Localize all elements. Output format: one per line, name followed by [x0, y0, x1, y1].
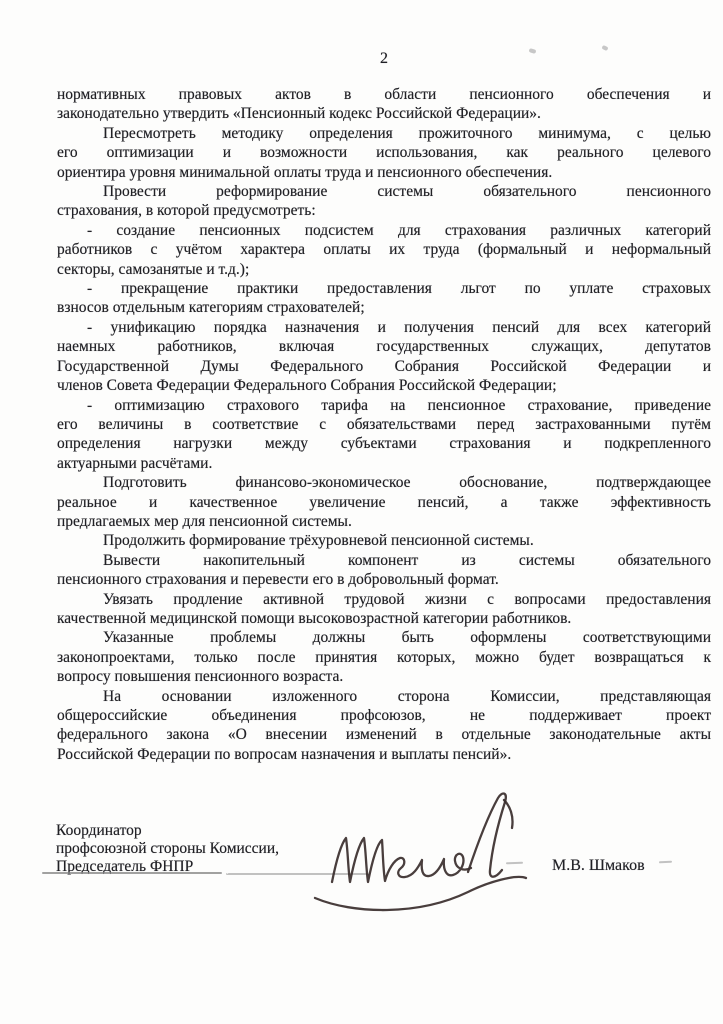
text-line: Указанные проблемы должны быть оформлены… [57, 628, 711, 647]
paragraph: Продолжить формирование трёхуровневой пе… [57, 531, 711, 550]
paragraph: Увязать продление активной трудовой жизн… [57, 590, 711, 629]
text-line: секторы, самозанятые и т.д.); [57, 260, 711, 279]
text-line: - прекращение практики предоставления ль… [57, 279, 711, 298]
paragraph: - унификацию порядка назначения и получе… [57, 318, 711, 396]
text-line: наемных работников, включая государствен… [57, 337, 711, 356]
paragraph: - оптимизацию страхового тарифа на пенси… [57, 396, 711, 474]
text-line: реальное и качественное увеличение пенси… [57, 493, 711, 512]
text-line: Российской Федерации по вопросам назначе… [57, 745, 711, 764]
signer-name: М.В. Шмаков [552, 857, 645, 875]
handwritten-signature [308, 786, 533, 918]
scan-dash-mark [659, 861, 672, 864]
text-line: - оптимизацию страхового тарифа на пенси… [57, 396, 711, 415]
text-line: На основании изложенного сторона Комисси… [57, 687, 711, 706]
text-line: общероссийские объединения профсоюзов, н… [57, 706, 711, 725]
paragraph: Указанные проблемы должны быть оформлены… [57, 628, 711, 686]
paragraph: Пересмотреть методику определения прожит… [57, 124, 711, 182]
text-line: взносов отдельным категориям страховател… [57, 298, 711, 317]
paragraph: Вывести накопительный компонент из систе… [57, 551, 711, 590]
text-line: качественной медицинской помощи высоково… [57, 609, 711, 628]
text-line: Провести реформирование системы обязател… [57, 182, 711, 201]
text-line: пенсионного страхования и перевести его … [57, 570, 711, 589]
paragraph: Подготовить финансово-экономическое обос… [57, 473, 711, 531]
text-line: Вывести накопительный компонент из систе… [57, 551, 711, 570]
signer-title-line-1: Координатор [56, 822, 336, 840]
paragraph: Провести реформирование системы обязател… [57, 182, 711, 221]
text-line: работников с учётом характера оплаты их … [57, 240, 711, 259]
text-line: нормативных правовых актов в области пен… [57, 85, 711, 104]
document-page: 2 нормативных правовых актов в области п… [0, 0, 723, 1024]
page-number: 2 [57, 50, 711, 68]
paragraph: На основании изложенного сторона Комисси… [57, 687, 711, 765]
text-line: его величины в соответствие с обязательс… [57, 415, 711, 434]
text-line: - унификацию порядка назначения и получе… [57, 318, 711, 337]
paragraph: - создание пенсионных подсистем для стра… [57, 221, 711, 279]
text-line: Пересмотреть методику определения прожит… [57, 124, 711, 143]
text-line: - создание пенсионных подсистем для стра… [57, 221, 711, 240]
document-body: нормативных правовых актов в области пен… [57, 85, 711, 764]
text-line: ориентира уровня минимальной оплаты труд… [57, 163, 711, 182]
text-line: определения нагрузки между субъектами ст… [57, 434, 711, 453]
text-line: Увязать продление активной трудовой жизн… [57, 590, 711, 609]
text-line: его оптимизации и возможности использова… [57, 143, 711, 162]
text-line: предлагаемых мер для пенсионной системы. [57, 512, 711, 531]
text-line: актуарными расчётами. [57, 454, 711, 473]
paragraph: - прекращение практики предоставления ль… [57, 279, 711, 318]
signature-line [42, 872, 222, 874]
signer-title-line-2: профсоюзной стороны Комиссии, [56, 840, 336, 858]
paragraph: нормативных правовых актов в области пен… [57, 85, 711, 124]
text-line: законодательно утвердить «Пенсионный код… [57, 104, 711, 123]
text-line: законопроектами, только после принятия к… [57, 648, 711, 667]
text-line: Подготовить финансово-экономическое обос… [57, 473, 711, 492]
text-line: членов Совета Федерации Федерального Соб… [57, 376, 711, 395]
text-line: Продолжить формирование трёхуровневой пе… [57, 531, 711, 550]
text-line: Государственной Думы Федерального Собран… [57, 357, 711, 376]
text-line: федерального закона «О внесении изменени… [57, 725, 711, 744]
text-line: вопросу повышения пенсионного возраста. [57, 667, 711, 686]
text-line: страхования, в которой предусмотреть: [57, 201, 711, 220]
